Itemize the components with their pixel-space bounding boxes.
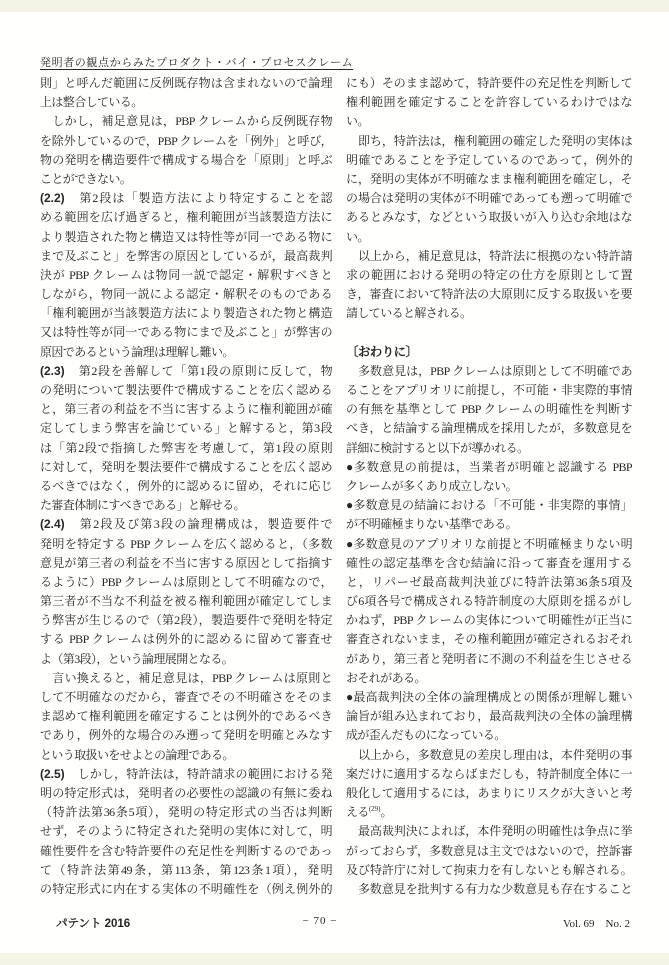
text-line: るべきではなく，例外的に認めるに留め，それに応じ (40, 477, 332, 496)
text-line: よ（第3段），という論理展開となる。 (40, 650, 332, 669)
text-line: 上は整合している。 (40, 93, 332, 112)
text-line: るように）PBP クレームは原則として不明確なので， (40, 573, 332, 592)
text-line: （特許法第36条5項），発明の特定形式の当否は判断 (40, 803, 332, 822)
text-line: 決が PBP クレームは物同一説で認定・解釈すべきと (40, 266, 332, 285)
text-line: に対して，発明を製法要件で構成することを広く認め (40, 458, 332, 477)
text-line: 意見が第三者の利益を不当に害する原因として指摘す (40, 554, 332, 573)
text-line: び6項各号で構成される特許制度の大原則を揺るがし (346, 592, 632, 611)
text-line: しかし，補足意見は，PBP クレームから反例既存物 (40, 112, 332, 131)
text-line: 原因であるという論理は理解し難い。 (40, 343, 332, 362)
footer-volume-number: Vol. 69 No. 2 (563, 915, 630, 931)
text-line: 確性要件を含む特許要件の充足性を判断するのであっ (40, 842, 332, 861)
text-line: 論旨が組み込まれており，最高裁判決の全体の論理構 (346, 707, 632, 726)
footnote-reference: (29) (369, 805, 381, 813)
text-line: ることをアプリオリに前提し，不可能・非実際的事情 (346, 381, 632, 400)
text-line: 詳細に検討すると以下が導かれる。 (346, 439, 632, 458)
text-line: が不明確極まりない基準である。 (346, 515, 632, 534)
text-line: は「第2段で指摘した弊害を考慮して，第1段の原則 (40, 439, 332, 458)
text-line: 又は特性等が同一である物にまで及ぶこと」が弊害の (40, 323, 332, 342)
text-line: い。 (346, 228, 632, 247)
text-line: の有無を基準として PBP クレームの明確性を判断す (346, 400, 632, 419)
text-line: 則」と呼んだ範囲に反例既存物は含まれないので論理 (40, 74, 332, 93)
text-line: 言い換えると，補足意見は，PBP クレームは原則と (40, 669, 332, 688)
text-line: 明の特定形式は，発明者の必要性の認識の有無に委ね (40, 784, 332, 803)
text-line: の発明について製法要件で構成することを広く認める (40, 381, 332, 400)
text-line: 請していると解される。 (346, 304, 632, 323)
text-line: 以上から，多数意見の差戻し理由は，本件発明の事 (346, 746, 632, 765)
text-line: という取扱いをせよとの論理である。 (40, 746, 332, 765)
text-line: 権利範囲を確定することを許容しているわけではな (346, 93, 632, 112)
text-line: クレームが多くあり成立しない。 (346, 477, 632, 496)
section-number: (2.5) (40, 767, 65, 781)
text-line: に，発明の実体が不明確なまま権利範囲を確定し，そ (346, 170, 632, 189)
text-column-left: 則」と呼んだ範囲に反例既存物は含まれないので論理上は整合している。 しかし，補足… (40, 74, 332, 899)
text-line: 及び特許庁に対して拘束力を有しないとも解される。 (346, 861, 632, 880)
text-line: おそれがある。 (346, 669, 632, 688)
text-line: を除外しているので，PBP クレームを「例外」と呼び， (40, 132, 332, 151)
text-line: 第三者が不当な不利益を被る権利範囲が確定してしま (40, 592, 332, 611)
section-number: (2.4) (40, 517, 65, 531)
text-line: ●最高裁判決の全体の論理構成との関係が理解し難い (346, 688, 632, 707)
text-line: (2.5) しかし，特許法は，特許請求の範囲における発 (40, 765, 332, 784)
text-line: ●多数意見の結論における「不可能・非実際的事情」 (346, 496, 632, 515)
text-line: 明確であることを予定しているのであって，例外的 (346, 151, 632, 170)
section-heading: 〔おわりに〕 (346, 343, 632, 362)
text-line: き，審査において特許法の大原則に反する取扱いを要 (346, 285, 632, 304)
text-line: がっておらず，多数意見は主文ではないので，控訴審 (346, 842, 632, 861)
text-line: であり，例外的な場合のみ遡って発明を明確とみなす (40, 726, 332, 745)
text-line: 般化して適用するには，あまりにリスクが大きいと考 (346, 784, 632, 803)
text-line: て（特許法第49条，第113条，第123条1項），発明 (40, 861, 332, 880)
page-footer: パテント 2016 − 70 − Vol. 69 No. 2 (0, 915, 669, 935)
journal-page: 発明者の観点からみたプロダクト・バイ・プロセスクレーム 則」と呼んだ範囲に反例既… (0, 12, 669, 953)
text-line: 成が歪んだものになっている。 (346, 726, 632, 745)
text-line: (2.4) 第2段及び第3段の論理構成は，製造要件で (40, 515, 332, 534)
text-line: があり，第三者と発明者に不測の不利益を生じさせる (346, 650, 632, 669)
text-line: 審査されないまま，その権利範囲が確定されるおそれ (346, 630, 632, 649)
text-line: える(29)。 (346, 803, 632, 822)
text-line: あるとみなす，などという取扱いが入り込む余地はな (346, 208, 632, 227)
text-line: ことができない。 (40, 170, 332, 189)
text-line: と，リパーゼ最高裁判決並びに特許法第36条5項及 (346, 573, 632, 592)
text-line: の特定形式に内在する実体の不明確性を（例え例外的 (40, 880, 332, 899)
text-line: ●多数意見のアプリオリな前提と不明確極まりない明 (346, 535, 632, 554)
text-line: う弊害が生じるので（第2段），製造要件で発明を特定 (40, 611, 332, 630)
text-line: 最高裁判決によれば，本件発明の明確性は争点に挙 (346, 822, 632, 841)
text-column-right: にも）そのまま認めて，特許要件の充足性を判断して権利範囲を確定することを許容して… (346, 74, 632, 899)
footer-journal-name: パテント 2016 (56, 915, 130, 931)
text-line: 多数意見は，PBP クレームは原則として不明確であ (346, 362, 632, 381)
footer-page-number: − 70 − (240, 915, 400, 927)
text-line: かねず，PBP クレームの実体について明確性が正当に (346, 611, 632, 630)
text-line: ま認めて権利範囲を確定することは例外的であるべき (40, 707, 332, 726)
text-line: する PBP クレームは例外的に認めるに留めて審査せ (40, 630, 332, 649)
text-line: 確性の認定基準を含む結論に沿って審査を運用する (346, 554, 632, 573)
text-line: より製造された物と構造又は特性等が同一である物に (40, 228, 332, 247)
section-number: (2.3) (40, 364, 65, 378)
text-line: にも）そのまま認めて，特許要件の充足性を判断して (346, 74, 632, 93)
text-line: 即ち，特許法は，権利範囲の確定した発明の実体は (346, 132, 632, 151)
text-line: 案だけに適用するならばまだしも，特許制度全体に一 (346, 765, 632, 784)
text-line: べき，と結論する論理構成を採用したが，多数意見を (346, 419, 632, 438)
text-line: 以上から，補足意見は，特許法に根拠のない特許請 (346, 247, 632, 266)
text-line: ●多数意見の前提は，当業者が明確と認識する PBP (346, 458, 632, 477)
text-line: まで及ぶこと」を弊害の原因としているが，最高裁判 (40, 247, 332, 266)
section-number: (2.2) (40, 191, 65, 205)
text-line: 求の範囲における発明の特定の仕方を原則として置 (346, 266, 632, 285)
text-line: と，第三者の利益を不当に害するように権利範囲が確 (40, 400, 332, 419)
text-line: 多数意見を批判する有力な少数意見も存在すること (346, 880, 632, 899)
text-line: た審査体制にすべきである」と解せる。 (40, 496, 332, 515)
text-line: (2.2) 第2段は「製造方法により特定することを認 (40, 189, 332, 208)
text-line: 「権利範囲が当該製造方法により製造された物と構造 (40, 304, 332, 323)
text-line: の場合は発明の実体が不明確であっても遡って明確で (346, 189, 632, 208)
text-line: 物の発明を構造要件で構成する場合を「原則」と呼ぶ (40, 151, 332, 170)
text-line: して不明確なのだから，審査でその不明確さをそのま (40, 688, 332, 707)
text-line: せず，そのように特定された発明の実体に対して，明 (40, 822, 332, 841)
text-line: い。 (346, 112, 632, 131)
text-line: 発明を特定する PBP クレームを広く認めると，（多数 (40, 535, 332, 554)
text-line: (2.3) 第2段を善解して「第1段の原則に反して，物 (40, 362, 332, 381)
text-line: しながら，物同一説による認定・解釈そのものである (40, 285, 332, 304)
text-line: 定してしまう弊害を論じている」と解すると，第3段 (40, 419, 332, 438)
text-line: める範囲を広げ過ぎると，権利範囲が当該製造方法に (40, 208, 332, 227)
running-head-title: 発明者の観点からみたプロダクト・バイ・プロセスクレーム (40, 54, 353, 70)
